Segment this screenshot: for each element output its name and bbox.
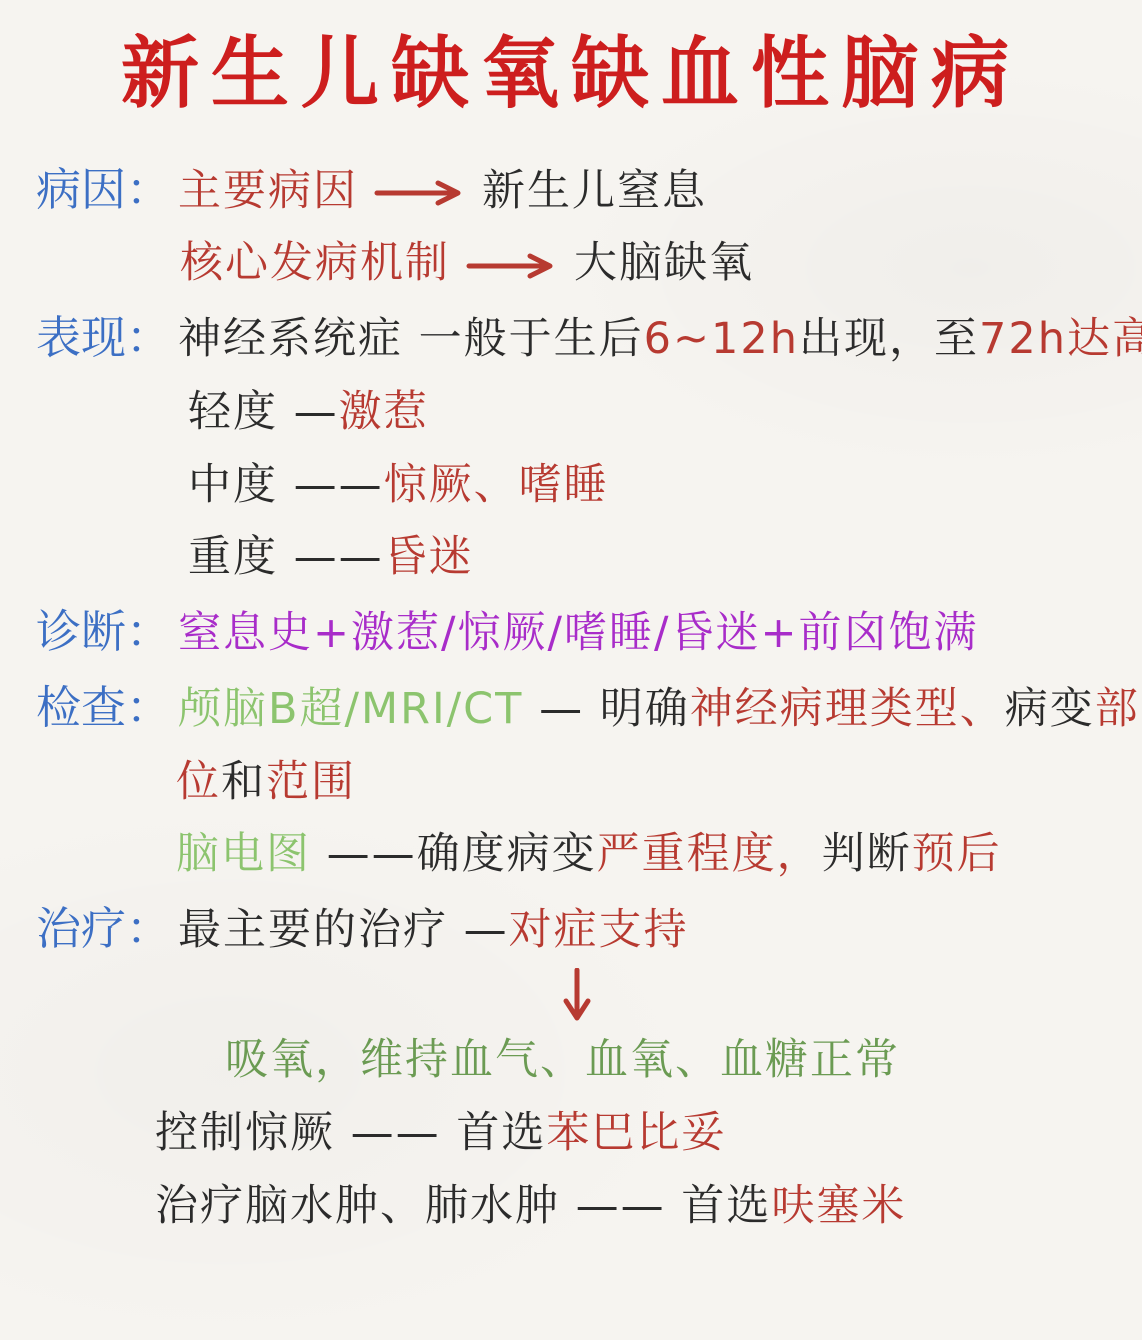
arrow-right-icon	[374, 179, 466, 207]
section-diagnosis: 诊断：窒息史+激惹/惊厥/嗜睡/昏迷+前囟饱满	[0, 602, 1142, 662]
text-segment: 呋塞米	[771, 1181, 906, 1231]
text-segment: 神经系统症 一般于生后	[178, 314, 644, 364]
text-segment: 6~12h	[644, 314, 799, 364]
text-segment: 最主要的治疗 —	[178, 905, 509, 955]
text-segment: 窒息史+激惹/惊厥/嗜睡/昏迷+前囟饱满	[178, 608, 979, 658]
section-treatment: 治疗：最主要的治疗 —对症支持吸氧，维持血气、血氧、血糖正常控制惊厥 —— 首选…	[0, 899, 1142, 1235]
text-segment: 吸氧，维持血气、血氧、血糖正常	[225, 1035, 900, 1085]
section-label: 诊断：	[36, 602, 178, 661]
section-label: 病因：	[36, 160, 178, 219]
line-seizure-control: 控制惊厥 —— 首选苯巴比妥	[0, 1105, 1142, 1162]
text-segment: 预后	[912, 829, 1002, 879]
text-segment: 出现，至	[799, 314, 979, 364]
text-segment: 严重程度，	[597, 829, 822, 879]
line-treatment-main: 治疗：最主要的治疗 —对症支持	[0, 899, 1142, 959]
line-eeg: 脑电图 ——确度病变严重程度，判断预后	[0, 826, 1142, 883]
section-etiology: 病因：主要病因新生儿窒息核心发病机制大脑缺氧	[0, 160, 1142, 293]
text-segment: 控制惊厥 —— 首选	[155, 1108, 546, 1158]
text-segment: 位	[176, 757, 221, 807]
text-segment: 激惹	[339, 387, 429, 437]
arrow-right-icon	[466, 252, 558, 280]
text-segment: 新生儿窒息	[482, 166, 707, 216]
text-segment: 大脑缺氧	[574, 238, 754, 288]
text-segment: 脑电图	[176, 829, 311, 879]
text-segment: — 明确	[523, 684, 689, 734]
line-moderate: 中度 ——惊厥、嗜睡	[0, 457, 1142, 514]
text-segment: 核心发病机制	[180, 238, 450, 288]
section-label: 表现：	[36, 308, 178, 367]
text-segment: 惊厥、嗜睡	[384, 460, 609, 510]
line-mild: 轻度 —激惹	[0, 384, 1142, 441]
page-title: 新生儿缺氧缺血性脑病	[0, 30, 1142, 120]
text-segment: 苯巴比妥	[546, 1108, 726, 1158]
text-segment: ——确度病变	[311, 829, 597, 879]
note-page: 新生儿缺氧缺血性脑病 病因：主要病因新生儿窒息核心发病机制大脑缺氧表现：神经系统…	[0, 0, 1142, 1340]
note-content: 病因：主要病因新生儿窒息核心发病机制大脑缺氧表现：神经系统症 一般于生后6~12…	[0, 160, 1142, 1235]
text-segment: 重度 ——	[188, 532, 384, 582]
arrow-down-icon	[561, 968, 593, 1022]
line-edema: 治疗脑水肿、肺水肿 —— 首选呋塞米	[0, 1178, 1142, 1235]
text-segment: 治疗脑水肿、肺水肿 —— 首选	[155, 1181, 771, 1231]
line-severe: 重度 ——昏迷	[0, 529, 1142, 586]
text-segment: 和	[221, 757, 266, 807]
line-imaging: 检查：颅脑B超/MRI/CT — 明确神经病理类型、病变部	[0, 678, 1142, 738]
text-segment: 主要病因	[178, 166, 358, 216]
section-label: 治疗：	[36, 899, 178, 958]
line-supportive: 吸氧，维持血气、血氧、血糖正常	[0, 1032, 1142, 1089]
line-onset: 表现：神经系统症 一般于生后6~12h出现，至72h达高峰	[0, 308, 1142, 368]
line-diagnosis: 诊断：窒息史+激惹/惊厥/嗜睡/昏迷+前囟饱满	[0, 602, 1142, 662]
text-segment: 颅脑B超/MRI/CT	[178, 684, 523, 734]
text-segment: 范围	[266, 757, 356, 807]
text-segment: 部	[1095, 684, 1140, 734]
text-segment: 神经病理类型、	[690, 684, 1005, 734]
text-segment: 对症支持	[509, 905, 689, 955]
text-segment: 中度 ——	[188, 460, 384, 510]
line-arrow-down	[0, 965, 1142, 1023]
text-segment: 判断	[822, 829, 912, 879]
text-segment: 病变	[1005, 684, 1095, 734]
line-main-cause: 病因：主要病因新生儿窒息	[0, 160, 1142, 220]
section-examinations: 检查：颅脑B超/MRI/CT — 明确神经病理类型、病变部位和范围脑电图 ——确…	[0, 678, 1142, 883]
line-mechanism: 核心发病机制大脑缺氧	[0, 235, 1142, 292]
text-segment: 72h达高峰	[979, 314, 1142, 364]
section-label: 检查：	[36, 678, 178, 737]
text-segment: 昏迷	[384, 532, 474, 582]
text-segment: 轻度 —	[188, 387, 339, 437]
line-imaging-cont: 位和范围	[0, 754, 1142, 811]
section-manifestations: 表现：神经系统症 一般于生后6~12h出现，至72h达高峰轻度 —激惹中度 ——…	[0, 308, 1142, 586]
